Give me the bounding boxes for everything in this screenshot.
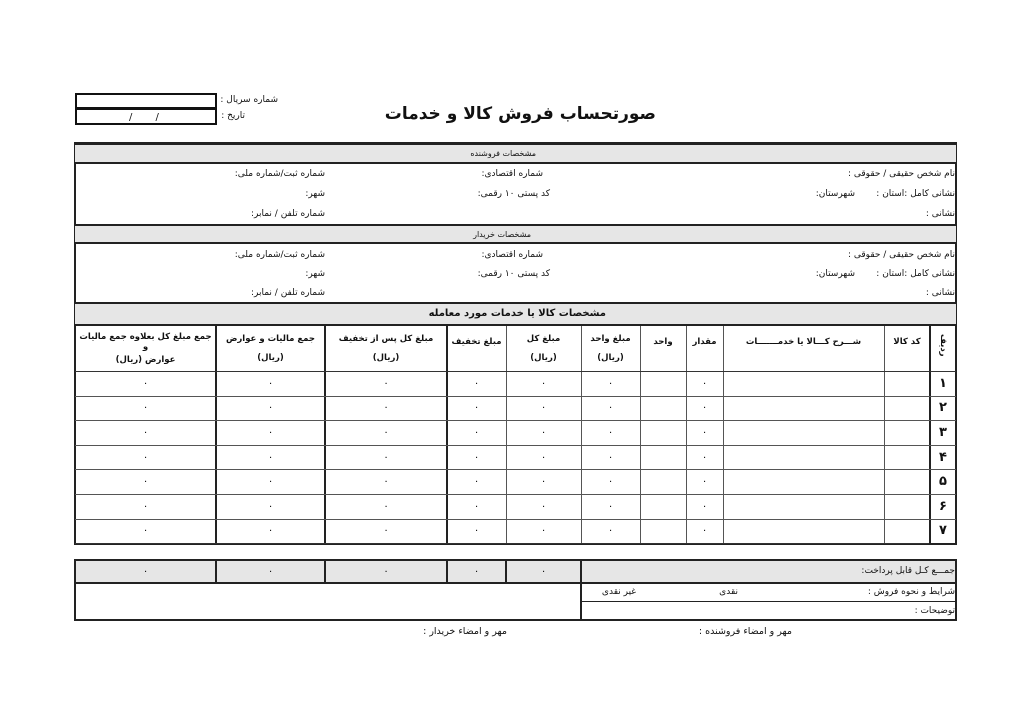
- cell-unit-price[interactable]: ۰: [581, 445, 640, 470]
- column-header-line2: (ریال): [530, 353, 556, 363]
- cell-after-discount[interactable]: ۰: [325, 396, 447, 421]
- cell-after-discount[interactable]: ۰: [325, 494, 447, 519]
- cell-description[interactable]: [723, 519, 884, 544]
- row-divider: [75, 371, 956, 372]
- cell-after-discount[interactable]: ۰: [325, 519, 447, 544]
- cell-discount[interactable]: ۰: [447, 396, 506, 421]
- cell-unit-price[interactable]: ۰: [581, 420, 640, 445]
- cell-discount[interactable]: ۰: [447, 494, 506, 519]
- cell-unit[interactable]: [640, 445, 686, 470]
- seller-phone-fax-label: شماره تلفن / نمابر:: [251, 210, 325, 219]
- cell-grand-total[interactable]: ۰: [75, 396, 216, 421]
- cell-tax-total[interactable]: ۰: [216, 469, 325, 494]
- cell-unit[interactable]: [640, 420, 686, 445]
- cell-amount[interactable]: ۰: [506, 445, 581, 470]
- column-header-line1: شـــرح کـــالا یا خدمـــــــات: [746, 337, 861, 347]
- row-divider: [75, 494, 956, 495]
- cell-quantity[interactable]: ۰: [686, 519, 723, 544]
- seller-address-full-label: نشانی کامل :استان :: [876, 190, 955, 199]
- total-payable-label: جمـــع کـل قابل پرداخت:: [861, 567, 955, 576]
- buyer-section-title: مشخصات خریدار: [473, 230, 531, 239]
- row-divider: [75, 469, 956, 470]
- column-header-description: شـــرح کـــالا یا خدمـــــــات: [723, 326, 884, 371]
- cell-item-code[interactable]: [884, 494, 930, 519]
- seller-city-label: شهر:: [305, 190, 325, 199]
- column-header-after-discount: مبلغ کل پس از تخفیف(ریال): [325, 326, 447, 371]
- seller-signature-label: مهر و امضاء فروشنده :: [699, 627, 792, 637]
- date-value: / /: [129, 112, 169, 123]
- column-header-line1: واحد: [653, 337, 672, 347]
- column-header-line1: کد کالا: [893, 337, 920, 347]
- column-divider: [723, 326, 724, 543]
- column-header-line1: ردیف: [938, 334, 948, 357]
- column-header-item-code: کد کالا: [884, 326, 930, 371]
- column-divider: [884, 326, 885, 543]
- column-header-tax-total: جمع مالیات و عوارض(ریال): [216, 326, 325, 371]
- summary-grand-total: ۰: [76, 561, 215, 582]
- cell-discount[interactable]: ۰: [447, 469, 506, 494]
- column-header-line1: مبلغ تخفیف: [452, 337, 502, 347]
- sale-terms-label: شرایط و نحوه فروش :: [868, 588, 955, 597]
- column-header-amount: مبلغ کل(ریال): [506, 326, 581, 371]
- buyer-economic-no-label: شماره اقتصادی:: [481, 251, 543, 260]
- column-header-row-number: ردیف: [930, 326, 956, 371]
- cell-unit[interactable]: [640, 371, 686, 396]
- cell-quantity[interactable]: ۰: [686, 469, 723, 494]
- cash-option[interactable]: نقدی: [719, 588, 738, 597]
- items-section-title: مشخصات کالا یا خدمات مورد معامله: [429, 308, 606, 319]
- buyer-address-full-label: نشانی کامل :استان :: [876, 270, 955, 279]
- column-header-line2: عوارض (ریال): [116, 355, 176, 365]
- cell-unit[interactable]: [640, 469, 686, 494]
- cell-amount[interactable]: ۰: [506, 420, 581, 445]
- cell-item-code[interactable]: [884, 519, 930, 544]
- cell-row-number: ۲: [930, 396, 956, 421]
- column-header-line1: مبلغ واحد: [590, 334, 630, 344]
- cell-description[interactable]: [723, 445, 884, 470]
- seller-postal-code-label: کد پستی ۱۰ رقمی:: [478, 190, 550, 199]
- cell-unit-price[interactable]: ۰: [581, 519, 640, 544]
- date-field[interactable]: / /: [75, 108, 217, 125]
- cell-item-code[interactable]: [884, 469, 930, 494]
- cell-discount[interactable]: ۰: [447, 519, 506, 544]
- column-header-unit: واحد: [640, 326, 686, 371]
- column-header-line1: مبلغ کل پس از تخفیف: [339, 334, 433, 344]
- cell-description[interactable]: [723, 371, 884, 396]
- non-cash-option[interactable]: غیر نقدی: [602, 588, 636, 597]
- column-header-quantity: مقدار: [686, 326, 723, 371]
- cell-description[interactable]: [723, 396, 884, 421]
- cell-description[interactable]: [723, 420, 884, 445]
- divider: [580, 560, 582, 621]
- row-divider: [929, 543, 957, 545]
- row-divider: [75, 445, 956, 446]
- cell-discount[interactable]: ۰: [447, 420, 506, 445]
- cell-tax-total[interactable]: ۰: [216, 519, 325, 544]
- cell-amount[interactable]: ۰: [506, 494, 581, 519]
- seller-name-label: نام شخص حقیقی / حقوقی :: [848, 170, 955, 179]
- cell-row-number: ۵: [930, 469, 956, 494]
- column-divider: [446, 326, 448, 543]
- buyer-phone-fax-label: شماره تلفن / نمابر:: [251, 289, 325, 298]
- cell-tax-total[interactable]: ۰: [216, 494, 325, 519]
- cell-grand-total[interactable]: ۰: [75, 445, 216, 470]
- column-header-grand-total: جمع مبلغ کل بعلاوه جمع مالیات وعوارض (ری…: [75, 326, 216, 371]
- cell-grand-total[interactable]: ۰: [75, 519, 216, 544]
- seller-county-label: شهرستان:: [816, 190, 855, 199]
- column-divider: [640, 326, 641, 543]
- cell-tax-total[interactable]: ۰: [216, 420, 325, 445]
- buyer-address-label: نشانی :: [926, 289, 955, 298]
- cell-unit[interactable]: [640, 519, 686, 544]
- buyer-name-label: نام شخص حقیقی / حقوقی :: [848, 251, 955, 260]
- buyer-city-label: شهر:: [305, 270, 325, 279]
- column-header-discount: مبلغ تخفیف: [447, 326, 506, 371]
- column-divider: [581, 326, 582, 543]
- notes-label: توضیحات :: [915, 607, 955, 616]
- cell-after-discount[interactable]: ۰: [325, 469, 447, 494]
- page-title: صورتحساب فروش کالا و خدمات: [385, 104, 656, 124]
- cell-unit-price[interactable]: ۰: [581, 494, 640, 519]
- column-header-line1: مقدار: [692, 337, 716, 347]
- buyer-county-label: شهرستان:: [816, 270, 855, 279]
- cell-discount[interactable]: ۰: [447, 371, 506, 396]
- cell-row-number: ۷: [930, 519, 956, 544]
- column-divider: [506, 326, 507, 543]
- cell-grand-total[interactable]: ۰: [75, 371, 216, 396]
- cell-tax-total[interactable]: ۰: [216, 371, 325, 396]
- cell-item-code[interactable]: [884, 420, 930, 445]
- cell-row-number: ۶: [930, 494, 956, 519]
- column-divider: [929, 326, 931, 543]
- cell-after-discount[interactable]: ۰: [325, 445, 447, 470]
- cell-item-code[interactable]: [884, 396, 930, 421]
- cell-grand-total[interactable]: ۰: [75, 469, 216, 494]
- date-label: تاریخ :: [221, 112, 245, 121]
- cell-item-code[interactable]: [884, 371, 930, 396]
- cell-amount[interactable]: ۰: [506, 371, 581, 396]
- cell-item-code[interactable]: [884, 445, 930, 470]
- cell-row-number: ۴: [930, 445, 956, 470]
- row-divider: [75, 519, 956, 520]
- seller-economic-no-label: شماره اقتصادی:: [481, 170, 543, 179]
- cell-quantity[interactable]: ۰: [686, 420, 723, 445]
- cell-quantity[interactable]: ۰: [686, 371, 723, 396]
- summary-after-discount-total: ۰: [326, 561, 446, 582]
- column-divider: [686, 326, 687, 543]
- row-divider: [75, 420, 956, 421]
- column-header-line1: جمع مالیات و عوارض: [226, 334, 315, 344]
- cell-description[interactable]: [723, 494, 884, 519]
- cell-unit-price[interactable]: ۰: [581, 396, 640, 421]
- column-header-line2: (ریال): [597, 353, 623, 363]
- cell-amount[interactable]: ۰: [506, 519, 581, 544]
- cell-amount[interactable]: ۰: [506, 469, 581, 494]
- cell-row-number: ۱: [930, 371, 956, 396]
- cell-grand-total[interactable]: ۰: [75, 420, 216, 445]
- serial-number-field[interactable]: [75, 93, 217, 109]
- serial-number-label: شماره سریال :: [220, 96, 278, 105]
- row-divider: [75, 396, 956, 397]
- column-divider: [324, 326, 326, 543]
- cell-after-discount[interactable]: ۰: [325, 371, 447, 396]
- summary-amount-total: ۰: [507, 561, 580, 582]
- column-header-line1: جمع مبلغ کل بعلاوه جمع مالیات و: [77, 332, 214, 352]
- cell-quantity[interactable]: ۰: [686, 445, 723, 470]
- column-header-line2: (ریال): [373, 353, 399, 363]
- cell-after-discount[interactable]: ۰: [325, 420, 447, 445]
- cell-amount[interactable]: ۰: [506, 396, 581, 421]
- cell-grand-total[interactable]: ۰: [75, 494, 216, 519]
- cell-tax-total[interactable]: ۰: [216, 445, 325, 470]
- summary-tax-total: ۰: [217, 561, 324, 582]
- seller-reg-national-no-label: شماره ثبت/شماره ملی:: [235, 170, 325, 179]
- row-divider: [75, 543, 930, 544]
- buyer-reg-national-no-label: شماره ثبت/شماره ملی:: [235, 251, 325, 260]
- divider: [581, 601, 956, 602]
- cell-quantity[interactable]: ۰: [686, 396, 723, 421]
- cell-tax-total[interactable]: ۰: [216, 396, 325, 421]
- column-header-unit-price: مبلغ واحد(ریال): [581, 326, 640, 371]
- buyer-signature-label: مهر و امضاء خریدار :: [423, 627, 507, 637]
- column-header-line1: مبلغ کل: [527, 334, 561, 344]
- cell-description[interactable]: [723, 469, 884, 494]
- cell-discount[interactable]: ۰: [447, 445, 506, 470]
- column-divider: [215, 326, 217, 543]
- divider: [75, 582, 956, 584]
- seller-address-label: نشانی :: [926, 210, 955, 219]
- cell-unit[interactable]: [640, 494, 686, 519]
- column-header-line2: (ریال): [257, 353, 283, 363]
- summary-discount-total: ۰: [448, 561, 505, 582]
- buyer-postal-code-label: کد پستی ۱۰ رقمی:: [478, 270, 550, 279]
- cell-row-number: ۳: [930, 420, 956, 445]
- cell-quantity[interactable]: ۰: [686, 494, 723, 519]
- seller-section-title: مشخصات فروشنده: [470, 149, 536, 158]
- cell-unit-price[interactable]: ۰: [581, 469, 640, 494]
- cell-unit[interactable]: [640, 396, 686, 421]
- cell-unit-price[interactable]: ۰: [581, 371, 640, 396]
